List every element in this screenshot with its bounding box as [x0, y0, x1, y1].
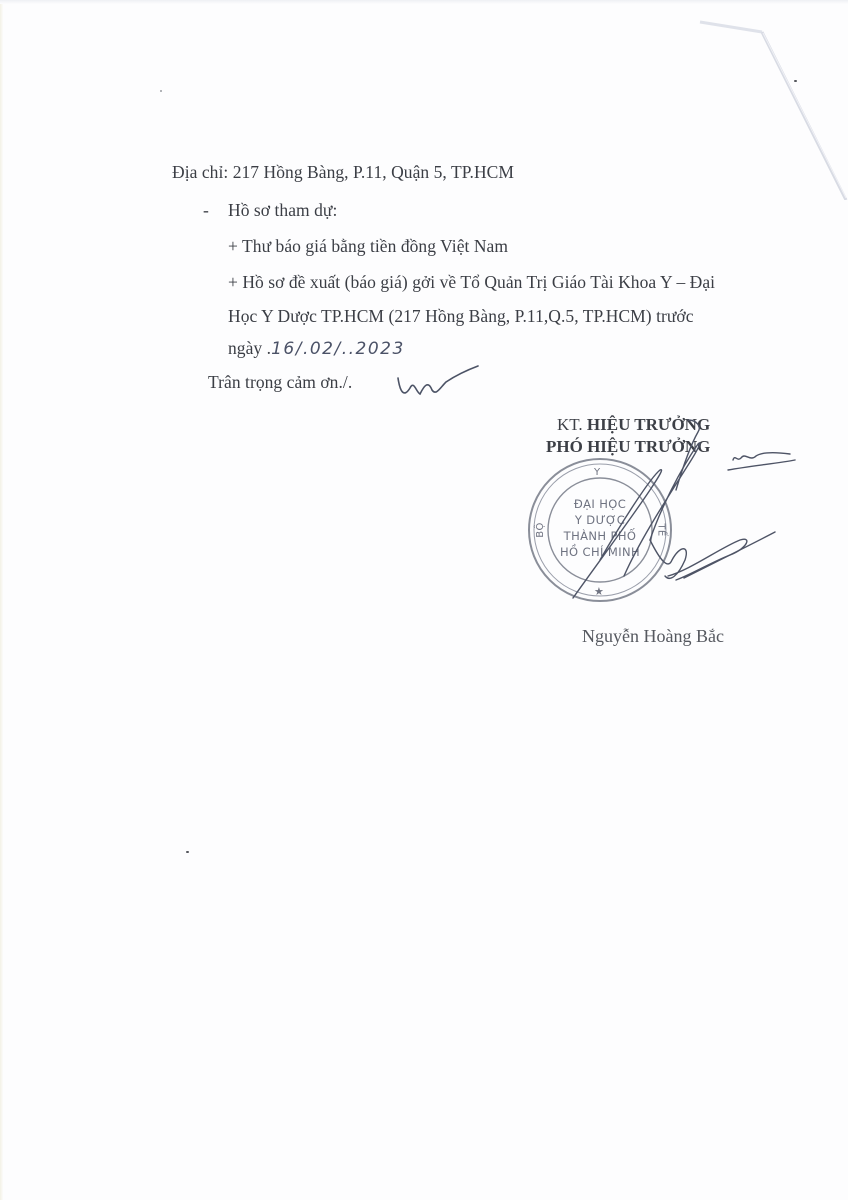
address-line: Địa chỉ: 217 Hồng Bàng, P.11, Quận 5, TP… — [172, 162, 514, 182]
scan-speck — [186, 851, 189, 853]
scan-edge — [0, 0, 3, 1200]
signature-title-line1: KT. HIỆU TRƯỞNG — [557, 415, 710, 435]
signature-title-line2: PHÓ HIỆU TRƯỞNG — [546, 437, 710, 457]
deadline-line: ngày .16/.02/..2023 — [228, 338, 405, 359]
item-quote-letter: + Thư báo giá bằng tiền đồng Việt Nam — [228, 236, 508, 256]
bullet-marker: - — [203, 200, 209, 220]
scanned-document-page: Địa chỉ: 217 Hồng Bàng, P.11, Quận 5, TP… — [0, 0, 848, 1200]
closing-line: Trân trọng cảm ơn./. — [208, 372, 352, 392]
deadline-handwritten-date: 16/.02/..2023 — [271, 339, 405, 359]
seal-top-letter: Y — [594, 465, 601, 481]
scan-speck — [794, 80, 797, 82]
item-proposal-cont: Học Y Dược TP.HCM (217 Hồng Bàng, P.11,Q… — [228, 306, 694, 326]
seal-left-text: BỘ — [533, 522, 549, 538]
signer-name: Nguyễn Hoàng Bắc — [582, 626, 724, 647]
deadline-prefix: ngày . — [228, 338, 271, 358]
seal-center-text: ĐẠI HỌC Y DƯỢC THÀNH PHỐ HỒ CHÍ MINH — [560, 496, 640, 560]
scan-edge — [0, 0, 848, 4]
seal-star-icon: ★ — [594, 584, 604, 600]
scan-speck — [160, 90, 162, 92]
submission-docs-label: Hồ sơ tham dự: — [228, 200, 337, 220]
item-proposal: + Hồ sơ đề xuất (báo giá) gởi về Tổ Quản… — [228, 272, 715, 292]
seal-right-text: TẾ — [653, 523, 669, 536]
